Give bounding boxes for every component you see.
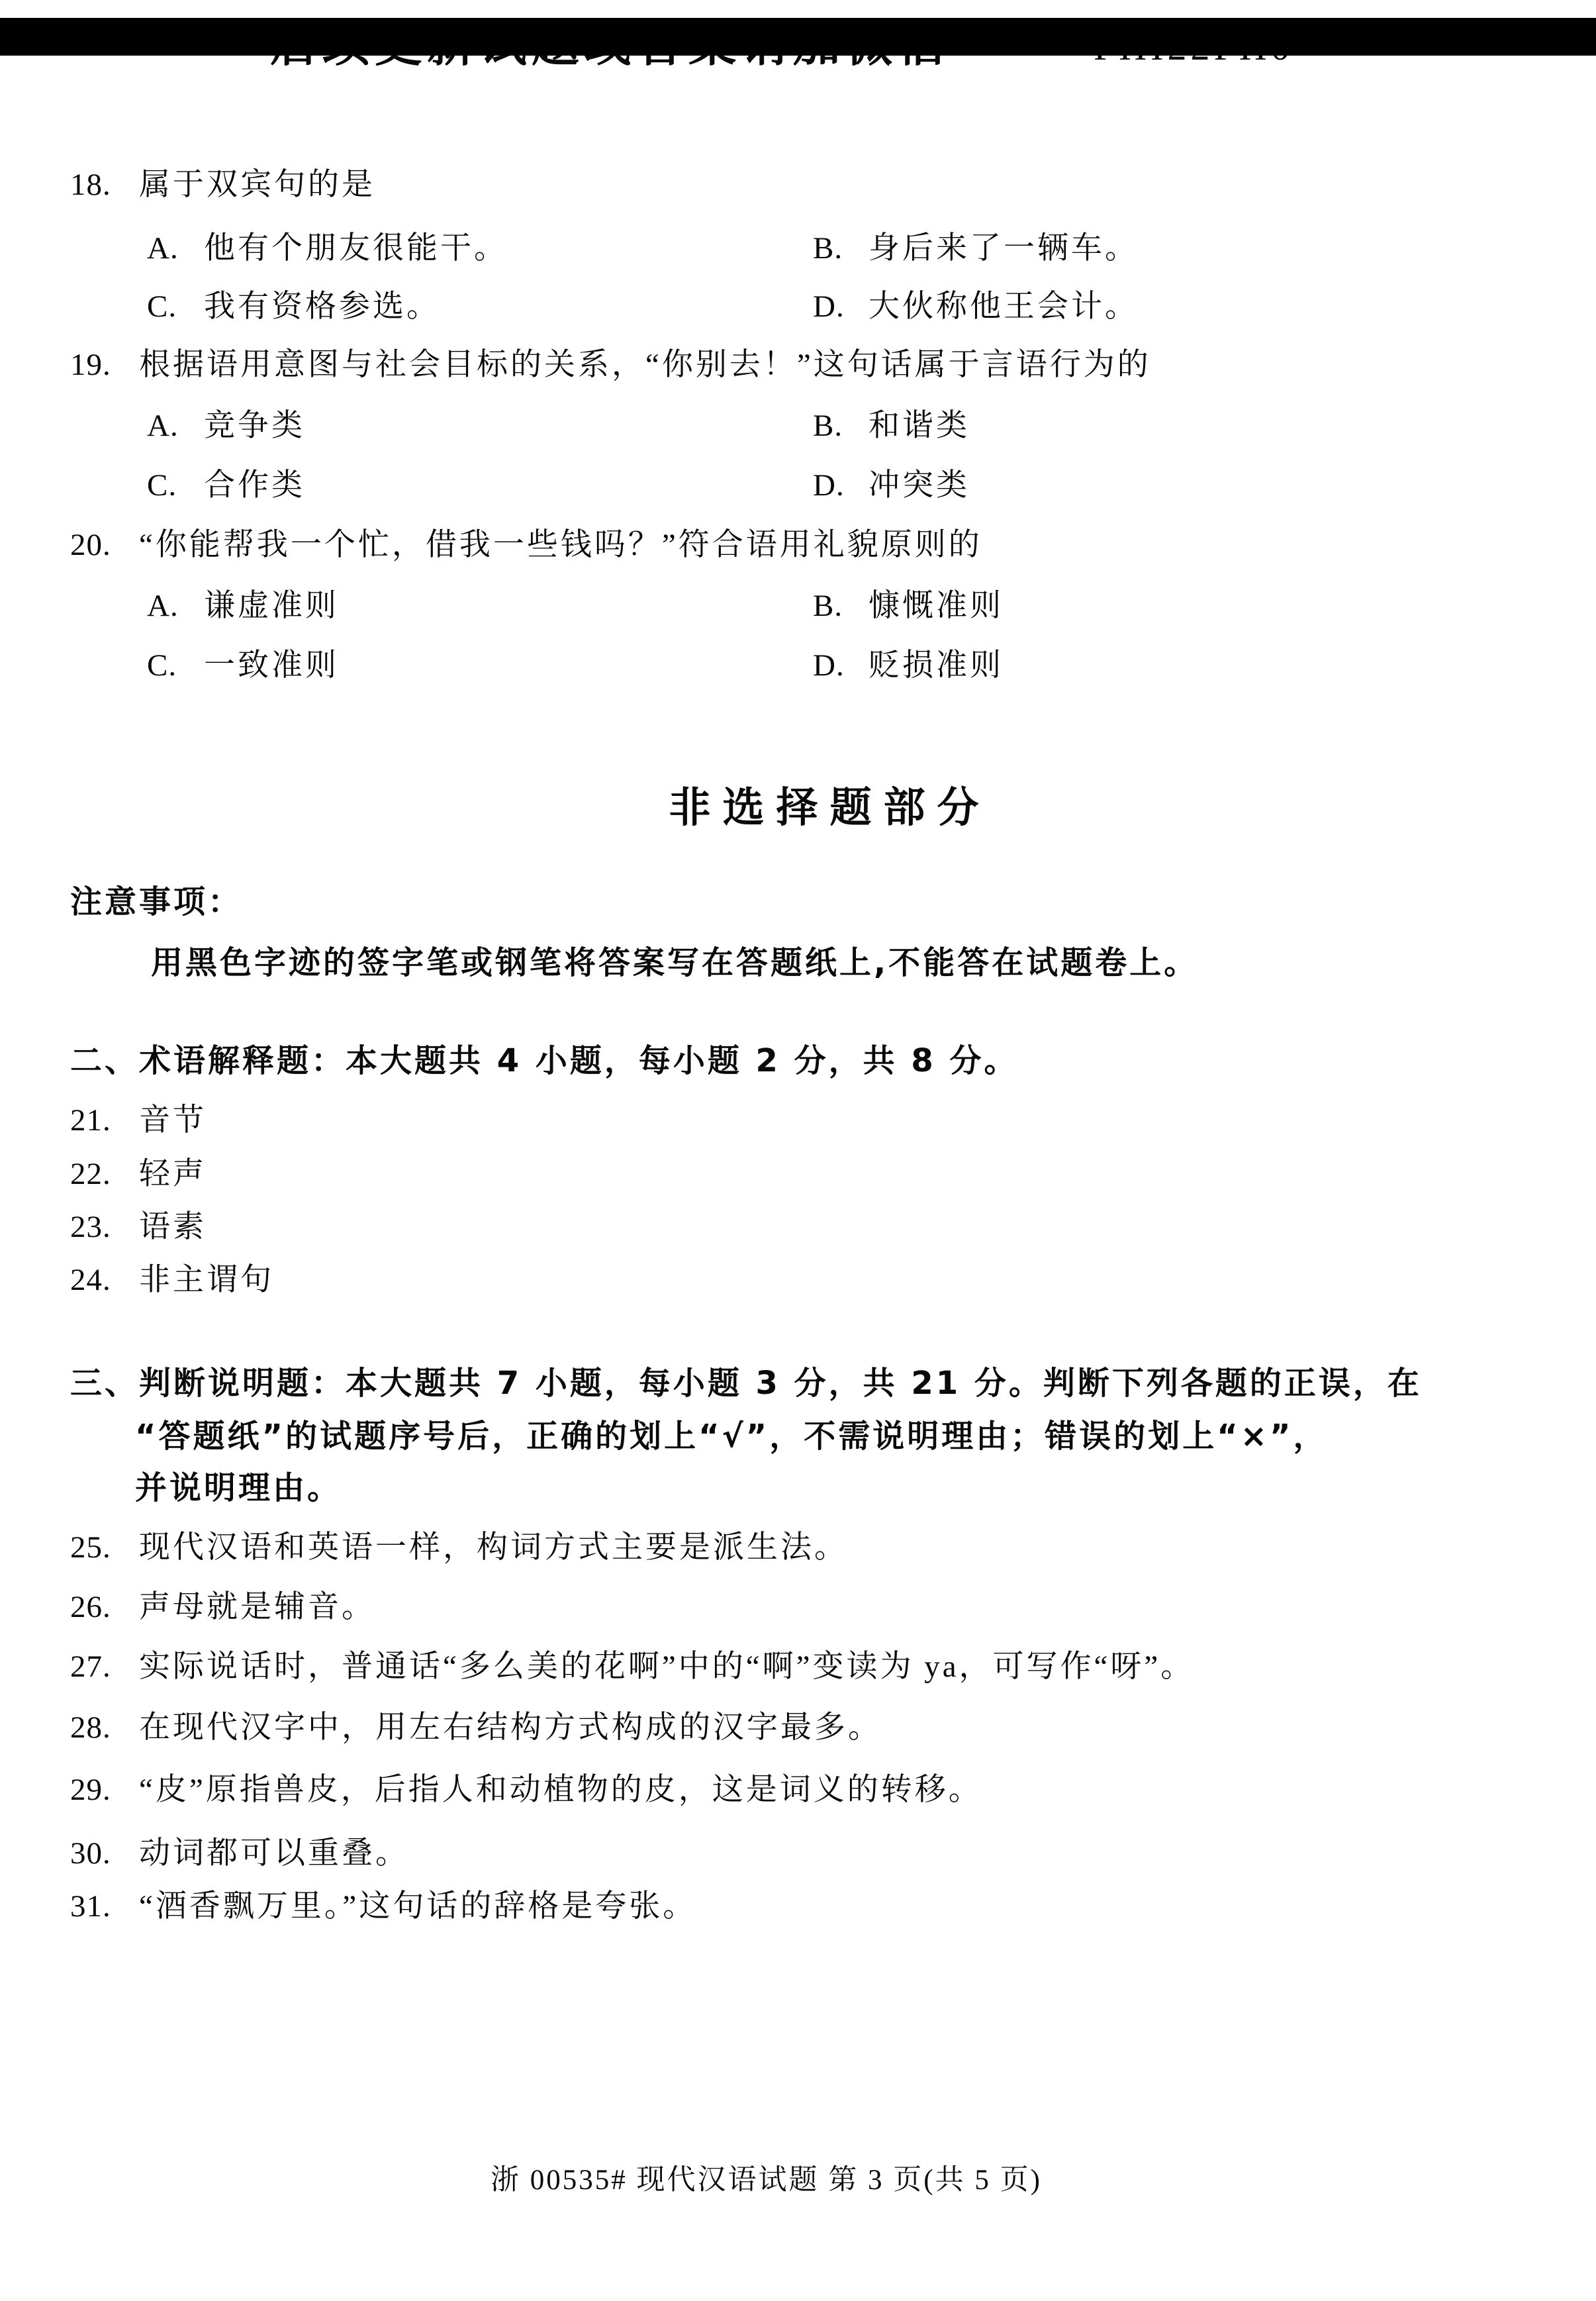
item-text: 非主谓句 xyxy=(139,1262,274,1298)
option-text: 我有资格参选。 xyxy=(204,289,440,324)
item-text: “皮”原指兽皮，后指人和动植物的皮，这是词义的转移。 xyxy=(139,1772,982,1808)
option-text: 慷慨准则 xyxy=(868,588,1004,624)
option-text: 合作类 xyxy=(204,467,305,503)
option-text: 竞争类 xyxy=(204,408,305,444)
page-footer: 浙 00535# 现代汉语试题 第 3 页(共 5 页) xyxy=(0,2157,1596,2198)
option-label: C. xyxy=(147,467,177,503)
question-number: 18. xyxy=(70,167,111,203)
option-label: B. xyxy=(813,588,843,624)
item-text: 在现代汉字中，用左右结构方式构成的汉字最多。 xyxy=(139,1710,882,1745)
notice-body: 用黑色字迹的签字笔或钢笔将答案写在答题纸上,不能答在试题卷上。 xyxy=(151,945,1198,981)
item-number: 26. xyxy=(70,1589,111,1625)
option-text: 和谐类 xyxy=(868,408,970,444)
section-title: 非选择题部分 xyxy=(0,785,1596,830)
option-label: A. xyxy=(147,408,179,444)
question-stem: 属于双宾句的是 xyxy=(139,167,375,203)
exam-paper-page: 后续更新试题或答案请加微信 FHI22FH0 18. 属于双宾句的是 A. 他有… xyxy=(0,0,1596,2301)
item-number: 23. xyxy=(70,1209,111,1245)
section-title-text: 非选择题部分 xyxy=(669,783,991,832)
question-number: 19. xyxy=(70,347,111,383)
option-label: D. xyxy=(813,467,845,503)
section-three-heading-line3: 并说明理由。 xyxy=(135,1470,342,1506)
item-number: 27. xyxy=(70,1649,111,1685)
section-three-heading-line2: “答题纸”的试题序号后，正确的划上“√”，不需说明理由；错误的划上“×”， xyxy=(135,1418,1328,1455)
item-number: 30. xyxy=(70,1836,111,1871)
question-stem: 根据语用意图与社会目标的关系，“你别去！”这句话属于言语行为的 xyxy=(139,347,1151,383)
option-label: C. xyxy=(147,289,177,324)
item-text: 轻声 xyxy=(139,1156,207,1192)
item-text: “酒香飘万里。”这句话的辞格是夸张。 xyxy=(139,1888,696,1924)
item-number: 28. xyxy=(70,1710,111,1745)
question-number: 20. xyxy=(70,527,111,563)
redaction-bar xyxy=(0,18,1596,56)
option-text: 大伙称他王会计。 xyxy=(868,289,1139,324)
notice-heading: 注意事项： xyxy=(70,884,242,920)
option-label: D. xyxy=(813,289,845,324)
item-text: 语素 xyxy=(139,1209,207,1245)
item-number: 22. xyxy=(70,1156,111,1192)
question-stem: “你能帮我一个忙，借我一些钱吗？”符合语用礼貌原则的 xyxy=(139,527,982,563)
item-text: 实际说话时，普通话“多么美的花啊”中的“啊”变读为 ya，可写作“呀”。 xyxy=(139,1649,1194,1685)
item-text: 动词都可以重叠。 xyxy=(139,1836,409,1871)
item-text: 音节 xyxy=(139,1102,207,1138)
page-footer-text: 浙 00535# 现代汉语试题 第 3 页(共 5 页) xyxy=(491,2165,1042,2196)
option-label: A. xyxy=(147,588,179,624)
item-number: 25. xyxy=(70,1530,111,1565)
item-number: 29. xyxy=(70,1772,111,1808)
option-label: A. xyxy=(147,230,179,266)
page-header: 后续更新试题或答案请加微信 FHI22FH0 xyxy=(0,0,1596,93)
section-three-heading-line1: 三、判断说明题：本大题共 7 小题，每小题 3 分，共 21 分。判断下列各题的… xyxy=(70,1365,1422,1402)
option-text: 他有个朋友很能干。 xyxy=(204,230,508,266)
item-number: 31. xyxy=(70,1888,111,1924)
item-number: 21. xyxy=(70,1102,111,1138)
option-text: 一致准则 xyxy=(204,648,339,683)
option-text: 贬损准则 xyxy=(868,648,1004,683)
item-text: 现代汉语和英语一样，构词方式主要是派生法。 xyxy=(139,1530,848,1565)
item-number: 24. xyxy=(70,1262,111,1298)
option-label: B. xyxy=(813,408,843,444)
option-label: C. xyxy=(147,648,177,683)
option-label: B. xyxy=(813,230,843,266)
option-text: 谦虚准则 xyxy=(204,588,339,624)
option-label: D. xyxy=(813,648,845,683)
option-text: 冲突类 xyxy=(868,467,970,503)
item-text: 声母就是辅音。 xyxy=(139,1589,375,1625)
section-two-heading: 二、术语解释题：本大题共 4 小题，每小题 2 分，共 8 分。 xyxy=(70,1043,1018,1079)
option-text: 身后来了一辆车。 xyxy=(868,230,1139,266)
